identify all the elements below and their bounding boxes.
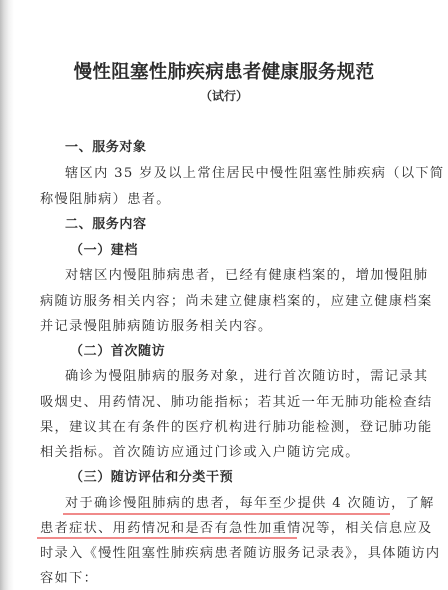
subsection-heading-first-followup: （二）首次随访 <box>70 342 420 362</box>
paragraph-line-highlighted: 患者症状、用药情况和是否有急性加重情况等，相关信息应及 <box>40 519 390 539</box>
subsection-heading-filing: （一）建档 <box>70 241 420 261</box>
paragraph-line: 容如下： <box>40 569 390 589</box>
paragraph-line-highlighted: 对于确诊慢阻肺病的患者，每年至少提供 4 次随访，了解 <box>65 494 415 514</box>
paragraph-line: 对辖区内慢阻肺病患者，已经有健康档案的，增加慢阻肺 <box>65 266 415 286</box>
section-heading-service-content: 二、服务内容 <box>65 215 415 235</box>
paragraph-line: 果，建议其在有条件的医疗机构进行肺功能检测，登记肺功能 <box>40 418 390 438</box>
subsection-heading-followup-assessment: （三）随访评估和分类干预 <box>70 468 420 488</box>
document-subtitle: （试行） <box>0 87 448 104</box>
paragraph-line: 确诊为慢阻肺病的服务对象，进行首次随访时，需记录其 <box>65 367 415 387</box>
document-page: 慢性阻塞性肺疾病患者健康服务规范 （试行） 一、服务对象 辖区内 35 岁及以上… <box>0 0 448 590</box>
paragraph-line: 时录入《慢性阻塞性肺疾病患者随访服务记录表》，具体随访内 <box>40 544 390 564</box>
document-title: 慢性阻塞性肺疾病患者健康服务规范 <box>0 58 448 84</box>
paragraph-line: 辖区内 35 岁及以上常住居民中慢性阻塞性肺疾病（以下简 <box>65 164 415 184</box>
paragraph-line: 并记录慢阻肺病随访服务相关内容。 <box>40 317 390 337</box>
paragraph-line: 相关指标。首次随访应通过门诊或入户随访完成。 <box>40 443 390 463</box>
section-heading-service-target: 一、服务对象 <box>65 138 415 158</box>
paragraph-line: 病随访服务相关内容；尚未建立健康档案的，应建立健康档案 <box>40 292 390 312</box>
paragraph-line: 吸烟史、用药情况、肺功能指标；若其近一年无肺功能检查结 <box>40 393 390 413</box>
red-underline-annotation <box>63 513 390 515</box>
paragraph-line: 称慢阻肺病）患者。 <box>40 190 390 210</box>
red-underline-annotation <box>37 537 297 539</box>
